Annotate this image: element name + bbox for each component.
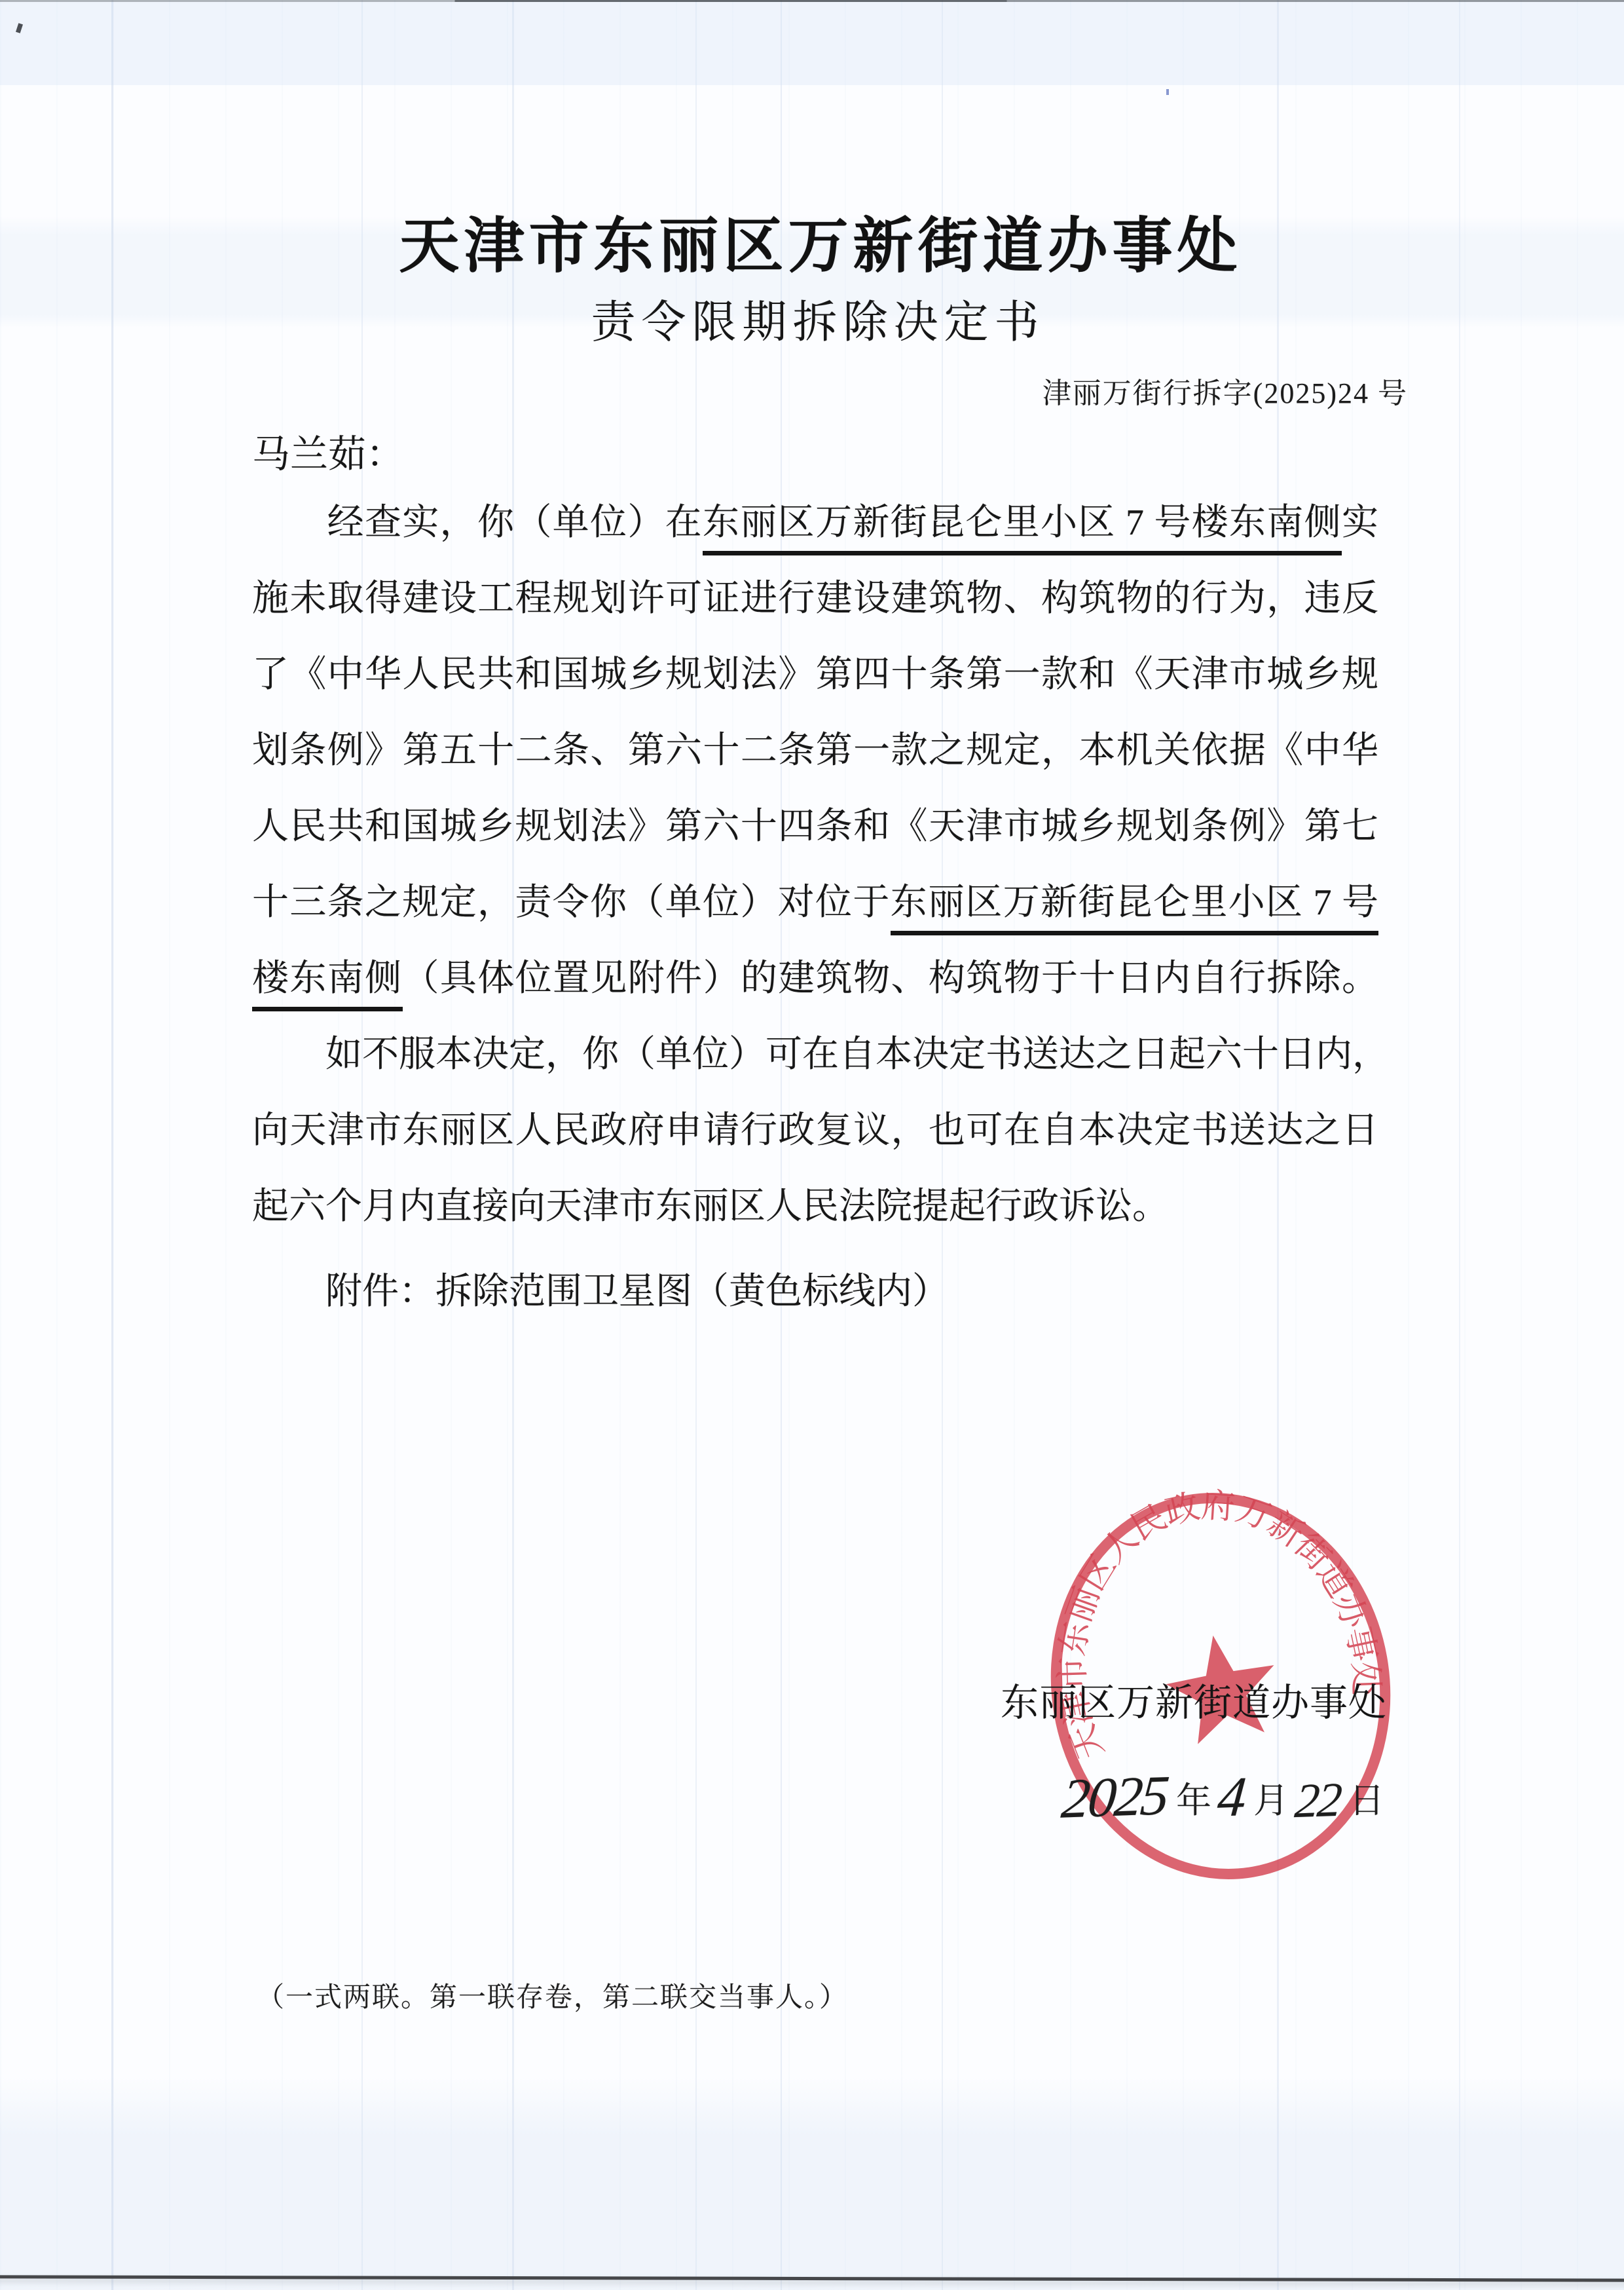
- body-text: 经查实，你（单位）在东丽区万新街昆仑里小区 7 号楼东南侧实 施未取得建设工程规…: [252, 485, 1378, 1330]
- signature-date: 2025 年 4 月 22 日: [1062, 1753, 1429, 1825]
- addressee-name: 马兰茹：: [252, 423, 404, 478]
- handwritten-year: 2025: [1060, 1767, 1170, 1827]
- underlined-location: 东丽区万新街昆仑里小区 7 号: [891, 882, 1378, 935]
- body-line: 如不服本决定，你（单位）可在自本决定书送达之日起六十日内，: [252, 1017, 1378, 1093]
- scan-artifact-speck: [16, 23, 23, 33]
- day-label: 日: [1349, 1783, 1384, 1818]
- scan-artifact-top-edge: [0, 0, 1624, 2]
- body-line: 了《中华人民共和国城乡规划法》第四十条第一款和《天津市城乡规: [252, 637, 1378, 713]
- scan-artifact-bottom-edge: [0, 2275, 1624, 2281]
- body-line: 施未取得建设工程规划许可证进行建设建筑物、构筑物的行为，违反: [252, 561, 1378, 637]
- document-page: 天津市东丽区万新街道办事处 责令限期拆除决定书 津丽万街行拆字(2025)24 …: [0, 0, 1624, 2290]
- body-line: 人民共和国城乡规划法》第六十四条和《天津市城乡规划条例》第七: [252, 789, 1378, 865]
- year-label: 年: [1176, 1783, 1211, 1818]
- page-title: 天津市东丽区万新街道办事处: [0, 198, 1624, 284]
- month-label: 月: [1253, 1783, 1289, 1818]
- body-line: 楼东南侧（具体位置见附件）的建筑物、构筑物于十日内自行拆除。: [252, 941, 1378, 1017]
- doc-subtitle: 责令限期拆除决定书: [0, 287, 1624, 350]
- underlined-location: 楼东南侧: [252, 958, 403, 1011]
- body-line: 十三条之规定，责令你（单位）对位于东丽区万新街昆仑里小区 7 号: [252, 865, 1378, 941]
- body-line: 经查实，你（单位）在东丽区万新街昆仑里小区 7 号楼东南侧实: [252, 485, 1378, 561]
- signature-org: 东丽区万新街道办事处: [1001, 1672, 1387, 1727]
- footer-note: （一式两联。第一联存卷，第二联交当事人。）: [257, 1976, 848, 2015]
- underlined-location: 东丽区万新街昆仑里小区 7 号楼东南侧: [703, 502, 1342, 555]
- body-line: 向天津市东丽区人民政府申请行政复议，也可在自本决定书送达之日: [252, 1093, 1378, 1169]
- body-line: 划条例》第五十二条、第六十二条第一款之规定，本机关依据《中华: [252, 713, 1378, 789]
- doc-number: 津丽万街行拆字(2025)24 号: [1043, 369, 1408, 411]
- scan-artifact-speck: [1166, 89, 1169, 95]
- attachment-line: 附件：拆除范围卫星图（黄色标线内）: [252, 1254, 1378, 1330]
- body-line: 起六个月内直接向天津市东丽区人民法院提起行政诉讼。: [252, 1169, 1378, 1245]
- handwritten-month: 4: [1215, 1768, 1247, 1825]
- handwritten-day: 22: [1293, 1776, 1342, 1826]
